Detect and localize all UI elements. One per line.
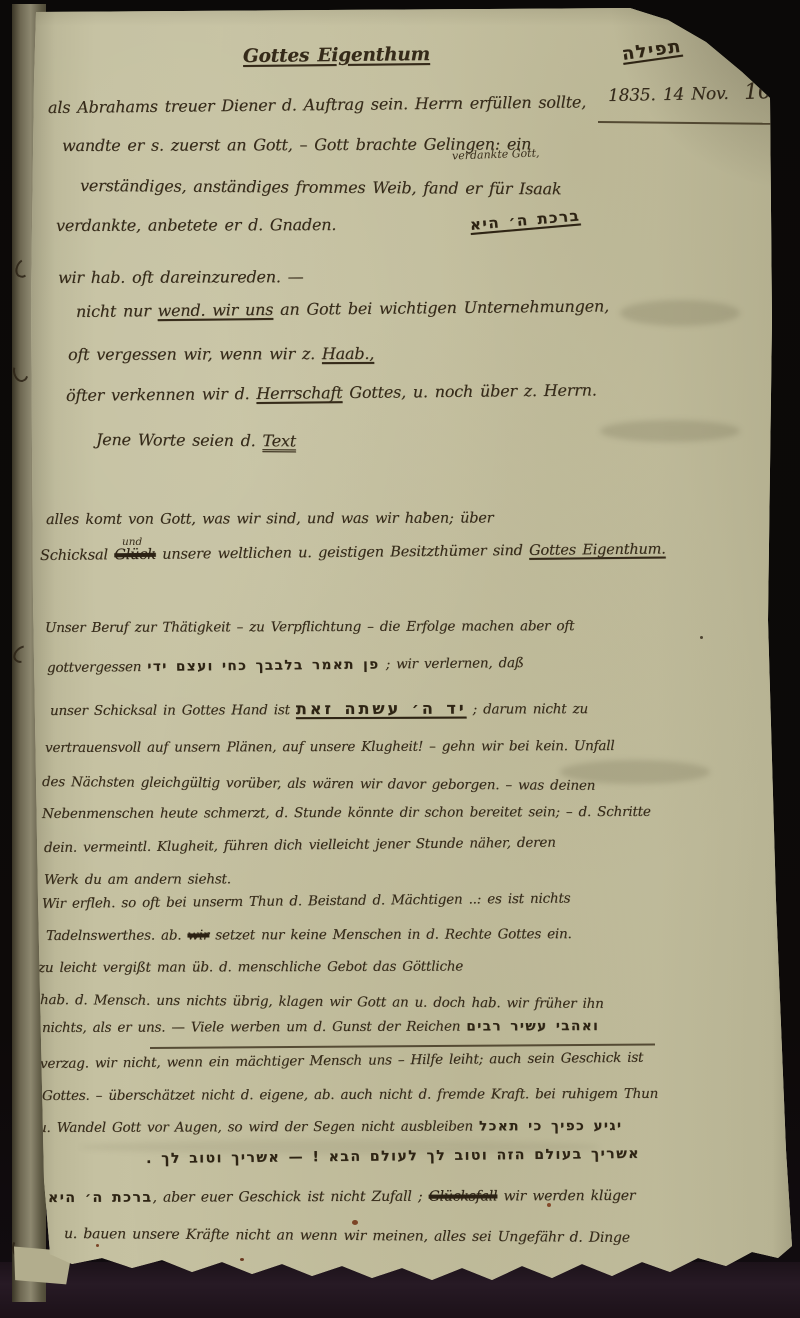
manuscript-line: verzag. wir nicht, wenn ein mächtiger Me… [40, 1050, 643, 1072]
underline-rule [598, 121, 792, 125]
manuscript-line: als Abrahams treuer Diener d. Auftrag se… [48, 92, 586, 117]
ink-showthrough [620, 300, 740, 326]
interline-insert: verdankte Gott, [452, 146, 540, 162]
manuscript-line: unser Schicksal in Gottes Hand ist יד ה׳… [50, 698, 588, 719]
stain [352, 1220, 358, 1225]
stain [240, 1258, 244, 1261]
manuscript-line: Tadelnswerthes. ab. wir setzet nur keine… [46, 926, 572, 944]
manuscript-line: nicht nur wend. wir uns an Gott bei wich… [76, 296, 609, 321]
stain [700, 636, 703, 639]
manuscript-line: Werk du am andern siehst. [44, 871, 231, 888]
manuscript-line: wir hab. oft dareinzureden. — [58, 267, 304, 287]
page-title: Gottes Eigenthum [243, 44, 430, 67]
manuscript-paper: Gottes Eigenthum תפילה D 52 1835. 14 Nov… [0, 0, 800, 1318]
date: 1835. 14 Nov. [608, 84, 729, 106]
scanned-manuscript-page: Gottes Eigenthum תפילה D 52 1835. 14 Nov… [0, 0, 800, 1318]
hebrew-phrase: ברכת ה׳ היא [48, 1190, 153, 1206]
manuscript-line: dein. vermeintl. Klugheit, führen dich v… [44, 835, 556, 856]
manuscript-line: alles komt von Gott, was wir sind, und w… [46, 510, 493, 528]
scan-bottom-band [0, 1262, 800, 1318]
ink-showthrough [600, 420, 740, 442]
manuscript-line: zu leicht vergißt man üb. d. menschliche… [38, 959, 463, 976]
manuscript-line: gottvergessen פן תאמר בלבבך כחי ועצם ידי… [47, 655, 524, 676]
manuscript-line: Nebenmenschen heute schmerzt, d. Stunde … [42, 804, 651, 822]
manuscript-line: nichts, als er uns. — Viele werben um d.… [42, 1018, 599, 1036]
hebrew-phrase: יגיע כפיך כי תאכל [479, 1118, 622, 1135]
manuscript-line: hab. d. Mensch. uns nichts übrig, klagen… [40, 992, 604, 1012]
hebrew-heading: תפילה [621, 36, 684, 65]
page-title-text: Gottes Eigenthum [243, 44, 430, 67]
manuscript-line: verdankte, anbetete er d. Gnaden. [56, 215, 336, 235]
manuscript-line: öfter verkennen wir d. Herrschaft Gottes… [66, 380, 597, 405]
manuscript-line: ברכת ה׳ היא, aber euer Geschick ist nich… [48, 1188, 635, 1206]
page-number: 10 [744, 79, 772, 105]
manuscript-line: Unser Beruf zur Thätigkeit – zu Verpflic… [45, 618, 574, 636]
hebrew-phrase: יד ה׳ עשתה זאת [296, 699, 467, 719]
hebrew-phrase: פן תאמר בלבבך כחי ועצם ידי [147, 657, 379, 675]
manuscript-line: Gottes. – überschätzet nicht d. eigene, … [42, 1086, 658, 1104]
manuscript-line: u. Wandel Gott vor Augen, so wird der Se… [38, 1118, 622, 1136]
manuscript-line: Jene Worte seien d. Text [96, 430, 296, 450]
manuscript-line: Wir erfleh. so oft bei unserm Thun d. Be… [42, 890, 571, 912]
pencil-note: D 52 [735, 33, 768, 55]
manuscript-line: verständiges, anständiges frommes Weib, … [80, 176, 562, 198]
hebrew-phrase: ברכת ה׳ היא [469, 206, 581, 234]
manuscript-line: des Nächsten gleichgültig vorüber, als w… [42, 774, 595, 794]
hebrew-phrase: ואהבי עשיר רבים [466, 1018, 599, 1034]
underline-rule [150, 1043, 655, 1048]
manuscript-line: u. bauen unsere Kräfte nicht an wenn wir… [64, 1226, 630, 1246]
manuscript-line: vertrauensvoll auf unsern Plänen, auf un… [45, 738, 615, 756]
stain [96, 1244, 99, 1247]
manuscript-line: oft vergessen wir, wenn wir z. Haab., [68, 344, 374, 364]
